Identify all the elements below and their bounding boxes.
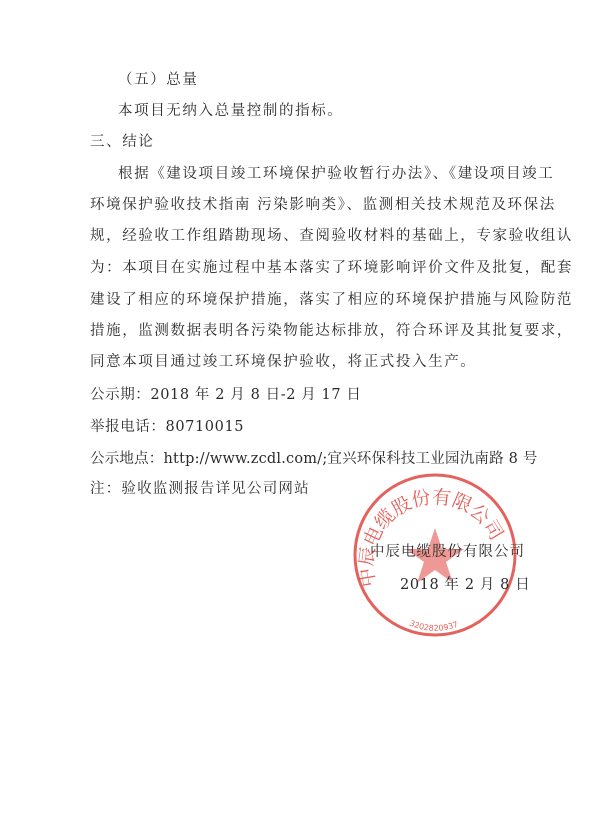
notice-period: 公示期：2018 年 2 月 8 日-2 月 17 日 [90,383,362,404]
conclusion-line: 根据《建设项目竣工环境保护验收暂行办法》、《建设项目竣工 [118,162,554,183]
notice-location: 公示地点：http://www.zcdl.com/;宜兴环保科技工业园氿南路 8… [90,447,538,468]
section-5-text: 本项目无纳入总量控制的指标。 [118,99,343,120]
svg-text:3202820937: 3202820937 [408,619,459,633]
report-phone: 举报电话：80710015 [90,415,244,436]
conclusion-line: 同意本项目通过竣工环境保护验收，将正式投入生产。 [90,350,476,371]
conclusion-line: 措施，监测数据表明各污染物能达标排放，符合环评及其批复要求， [90,319,573,340]
section-5-heading: （五）总量 [118,68,199,89]
note: 注：验收监测报告详见公司网站 [90,477,310,498]
conclusion-line: 环境保护验收技术指南 污染影响类》、监测相关技术规范及环保法 [90,193,556,214]
conclusion-line: 建设了相应的环境保护措施，落实了相应的环境保护措施与风险防范 [90,288,573,309]
signature-date: 2018 年 2 月 8 日 [400,573,530,594]
signature-company: 中辰电缆股份有限公司 [370,540,525,561]
conclusion-line: 规，经验收工作组踏勘现场、查阅验收材料的基础上，专家验收组认 [90,224,573,245]
conclusion-line: 为：本项目在实施过程中基本落实了环境影响评价文件及批复，配套 [90,256,573,277]
section-3-heading: 三、结论 [90,130,154,151]
